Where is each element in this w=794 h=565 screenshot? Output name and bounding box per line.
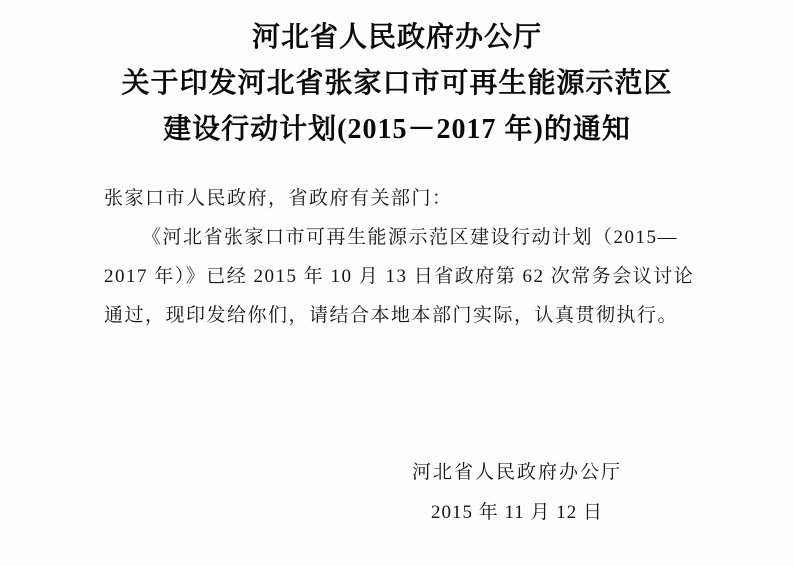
signature-block: 河北省人民政府办公厅 2015 年 11 月 12 日 [240, 453, 794, 533]
document-page: 河北省人民政府办公厅 关于印发河北省张家口市可再生能源示范区 建设行动计划(20… [0, 0, 794, 565]
document-title-line-3: 建设行动计划(2015－2017 年)的通知 [0, 107, 794, 153]
document-title: 河北省人民政府办公厅 关于印发河北省张家口市可再生能源示范区 建设行动计划(20… [0, 0, 794, 153]
salutation: 张家口市人民政府，省政府有关部门： [104, 179, 696, 218]
body-paragraph-line-2: 2017 年）》已经 2015 年 10 月 13 日省政府第 62 次常务会议… [104, 257, 696, 296]
document-title-line-2: 关于印发河北省张家口市可再生能源示范区 [0, 61, 794, 107]
body-paragraph-line-3: 通过，现印发给你们，请结合本地本部门实际，认真贯彻执行。 [104, 296, 696, 335]
document-title-line-1: 河北省人民政府办公厅 [0, 15, 794, 61]
body-paragraph-line-1: 《河北省张家口市可再生能源示范区建设行动计划（2015— [104, 218, 696, 257]
signature-issuer: 河北省人民政府办公厅 [240, 453, 794, 493]
document-body: 张家口市人民政府，省政府有关部门： 《河北省张家口市可再生能源示范区建设行动计划… [104, 179, 696, 335]
signature-date: 2015 年 11 月 12 日 [240, 493, 794, 533]
